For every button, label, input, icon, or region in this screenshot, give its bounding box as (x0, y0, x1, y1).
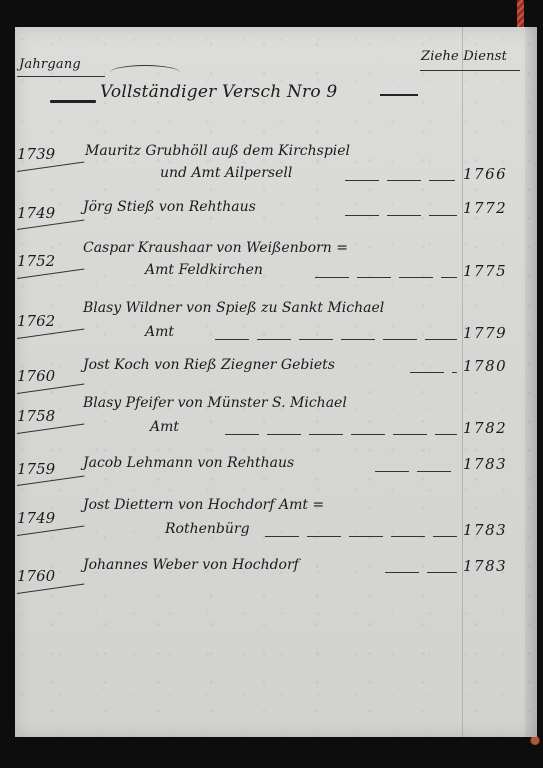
leader-line (265, 536, 457, 537)
entry-name-line: Jacob Lehmann von Rehthaus (83, 455, 294, 471)
binding-thread (517, 0, 524, 28)
birth-year-underline (17, 584, 84, 594)
entry-name-line: Jost Koch von Rieß Ziegner Gebiets (83, 357, 335, 373)
leader-line (225, 434, 457, 435)
leader-line (215, 339, 457, 340)
page-fold-edge (525, 27, 537, 737)
leader-line (385, 572, 457, 573)
column-header-service-year: Ziehe Dienst (421, 49, 507, 64)
birth-year-underline (17, 424, 84, 434)
birth-year-underline (17, 384, 84, 394)
birth-year: 1752 (17, 252, 55, 270)
leader-line (410, 372, 457, 373)
birth-year-underline (17, 162, 84, 172)
leader-line (345, 215, 457, 216)
entry-origin-line: Amt Feldkirchen (145, 262, 263, 278)
header-underline (420, 70, 520, 71)
leader-line (315, 277, 457, 278)
entry-name-line: Johannes Weber von Hochdorf (83, 557, 299, 573)
entry-name-line: Blasy Pfeifer von Münster S. Michael (83, 395, 347, 411)
margin-rule (462, 27, 463, 737)
entry-name-line: Mauritz Grubhöll auß dem Kirchspiel (85, 143, 350, 159)
leader-line (345, 180, 455, 181)
entry-name-line: Jost Diettern von Hochdorf Amt = (83, 497, 324, 513)
birth-year: 1759 (17, 460, 55, 478)
title-dash (50, 100, 96, 103)
birth-year: 1758 (17, 407, 55, 425)
page-title: Vollständiger Versch Nro 9 (100, 82, 337, 102)
birth-year: 1760 (17, 367, 55, 385)
service-year: 1775 (463, 262, 507, 280)
title-flourish (110, 65, 180, 80)
service-year: 1766 (463, 165, 507, 183)
entry-origin-line: Rothenbürg (165, 521, 250, 537)
service-year: 1772 (463, 199, 507, 217)
birth-year: 1760 (17, 567, 55, 585)
birth-year: 1739 (17, 145, 55, 163)
entry-name-line: Jörg Stieß von Rehthaus (83, 199, 256, 215)
service-year: 1780 (463, 357, 507, 375)
birth-year-underline (17, 329, 84, 339)
column-header-birth-year: Jahrgang (19, 57, 81, 72)
entry-origin-line: und Amt Ailpersell (160, 165, 292, 181)
entry-origin-line: Amt (145, 324, 174, 340)
entry-name-line: Caspar Kraushaar von Weißenborn = (83, 240, 348, 256)
service-year: 1783 (463, 455, 507, 473)
entry-name-line: Blasy Wildner von Spieß zu Sankt Michael (83, 300, 384, 316)
service-year: 1782 (463, 419, 507, 437)
birth-year: 1762 (17, 312, 55, 330)
birth-year: 1749 (17, 509, 55, 527)
service-year: 1783 (463, 557, 507, 575)
service-year: 1779 (463, 324, 507, 342)
service-year: 1783 (463, 521, 507, 539)
entry-origin-line: Amt (150, 419, 179, 435)
title-dash (380, 94, 418, 96)
header-underline (17, 76, 105, 77)
birth-year-underline (17, 526, 84, 536)
document-page: Jahrgang Ziehe Dienst Vollständiger Vers… (15, 27, 537, 737)
birth-year-underline (17, 269, 84, 279)
leader-line (375, 471, 457, 472)
birth-year: 1749 (17, 204, 55, 222)
